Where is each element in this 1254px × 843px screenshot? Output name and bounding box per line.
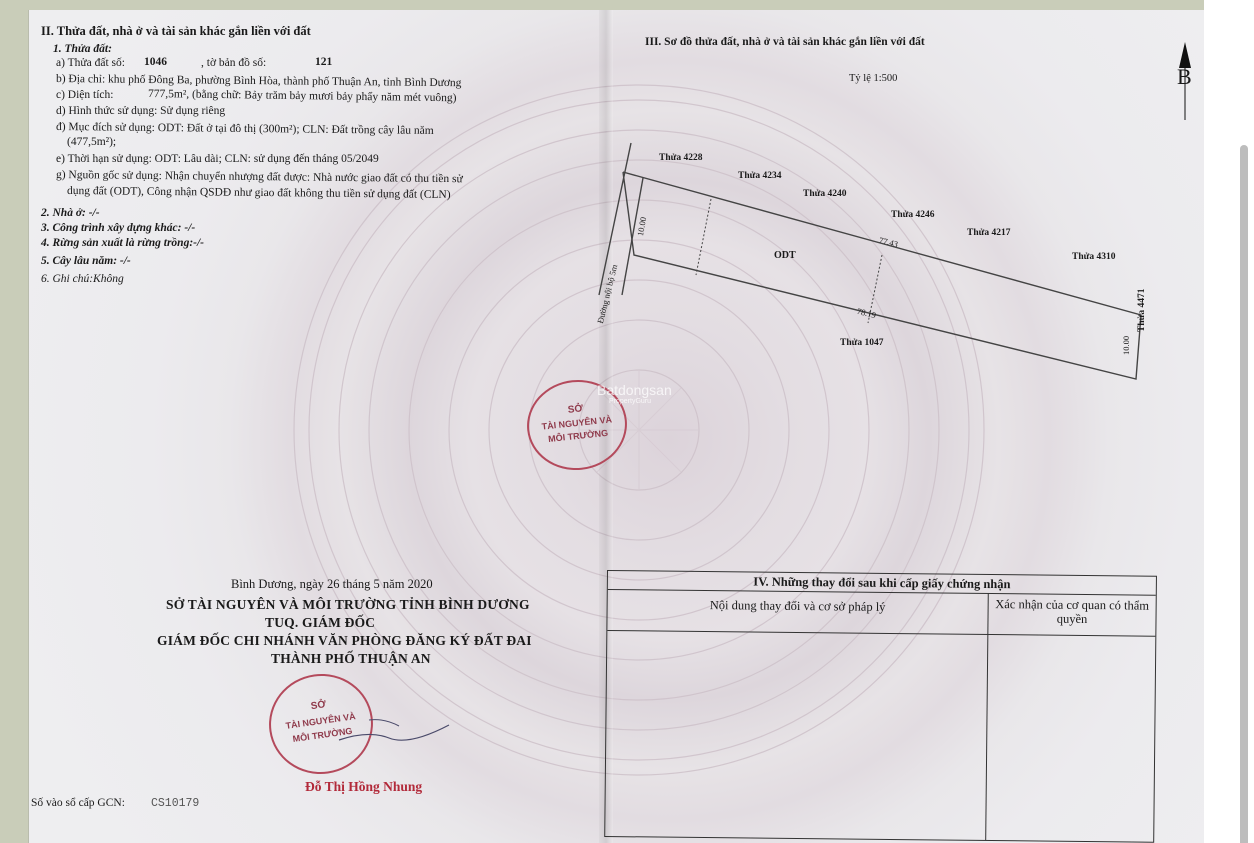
usage-origin: g) Nguồn gốc sử dụng: Nhận chuyển nhượng…: [56, 169, 463, 185]
item-other-construction: 3. Công trình xây dựng khác: -/-: [41, 222, 195, 234]
branch-director-title: GIÁM ĐỐC CHI NHÁNH VĂN PHÒNG ĐĂNG KÝ ĐẤT…: [157, 633, 532, 649]
dimension-right: 10.00: [1121, 336, 1131, 355]
usage-origin-cont: dụng đất (ODT), Công nhận QSDĐ như giao …: [67, 185, 451, 201]
item-production-forest: 4. Rừng sản xuất là rừng trồng:-/-: [41, 237, 204, 249]
certificate-paper: II. Thửa đất, nhà ở và tài sản khác gắn …: [28, 10, 1204, 843]
usage-form: d) Hình thức sử dụng: Sử dụng riêng: [56, 105, 225, 117]
neighbor-parcel: Thửa 1047: [840, 338, 883, 348]
watermark-sub: PropertyGuru: [609, 398, 651, 405]
parcel-number-value: 1046: [144, 56, 167, 68]
section2-title: II. Thửa đất, nhà ở và tài sản khác gắn …: [41, 24, 311, 39]
issue-date: Bình Dương, ngày 26 tháng 5 năm 2020: [231, 577, 433, 592]
parcel-heading: 1. Thửa đất:: [53, 43, 112, 55]
column-divider: [985, 593, 989, 840]
header-divider: [607, 630, 1155, 637]
section3-title: III. Sơ đồ thửa đất, nhà ở và tài sản kh…: [645, 36, 925, 48]
item-notes: 6. Ghi chú:Không: [41, 273, 124, 285]
parcel-number-label: a) Thửa đất số:: [56, 57, 125, 69]
item-house: 2. Nhà ở: -/-: [41, 207, 100, 219]
usage-term: e) Thời hạn sử dụng: ODT: Lâu dài; CLN: …: [56, 153, 379, 165]
north-label: B: [1177, 64, 1192, 90]
usage-purpose: đ) Mục đích sử dụng: ODT: Đất ở tại đô t…: [56, 121, 434, 137]
authority-confirmation-header: Xác nhận của cơ quan có thẩm quyền: [988, 597, 1155, 627]
section4-title: IV. Những thay đổi sau khi cấp giấy chứn…: [608, 571, 1156, 596]
signature-scribble: [329, 700, 469, 760]
neighbor-parcel: Thửa 4240: [803, 189, 846, 199]
area-value: 777,5m², (bằng chữ: Bảy trăm bảy mươi bả…: [148, 88, 457, 104]
neighbor-parcel: Thửa 4471: [1137, 289, 1147, 332]
area-label: c) Diện tích:: [56, 89, 113, 101]
registry-label: Số vào sổ cấp GCN:: [31, 797, 125, 809]
neighbor-parcel: Thửa 4246: [891, 210, 934, 220]
changes-content-header: Nội dung thay đổi và cơ sở pháp lý: [608, 597, 988, 616]
address: b) Địa chỉ: khu phố Đông Ba, phường Bình…: [56, 73, 462, 89]
registry-value: CS10179: [151, 797, 199, 810]
usage-purpose-cont: (477,5m²);: [67, 136, 116, 148]
neighbor-parcel: Thửa 4217: [967, 228, 1010, 238]
map-scale: Tỷ lệ 1:500: [849, 73, 897, 84]
branch-city: THÀNH PHỐ THUẬN AN: [271, 651, 431, 667]
issuing-department: SỞ TÀI NGUYÊN VÀ MÔI TRƯỜNG TỈNH BÌNH DƯ…: [166, 597, 530, 613]
neighbor-parcel: Thửa 4234: [738, 171, 781, 181]
land-use-label: ODT: [774, 250, 796, 261]
neighbor-parcel: Thửa 4228: [659, 153, 702, 163]
map-sheet-label: , tờ bản đồ số:: [201, 57, 266, 69]
vertical-scrollbar[interactable]: [1240, 145, 1248, 843]
neighbor-parcel: Thửa 4310: [1072, 252, 1115, 262]
item-perennial-trees: 5. Cây lâu năm: -/-: [41, 255, 131, 267]
authorized-title: TUQ. GIÁM ĐỐC: [265, 615, 375, 631]
signer-name: Đỗ Thị Hồng Nhung: [305, 779, 422, 795]
watermark-brand: Batdongsan: [597, 382, 672, 398]
map-sheet-value: 121: [315, 56, 332, 68]
changes-table: IV. Những thay đổi sau khi cấp giấy chứn…: [604, 570, 1157, 843]
certificate-photo: II. Thửa đất, nhà ở và tài sản khác gắn …: [0, 0, 1204, 843]
